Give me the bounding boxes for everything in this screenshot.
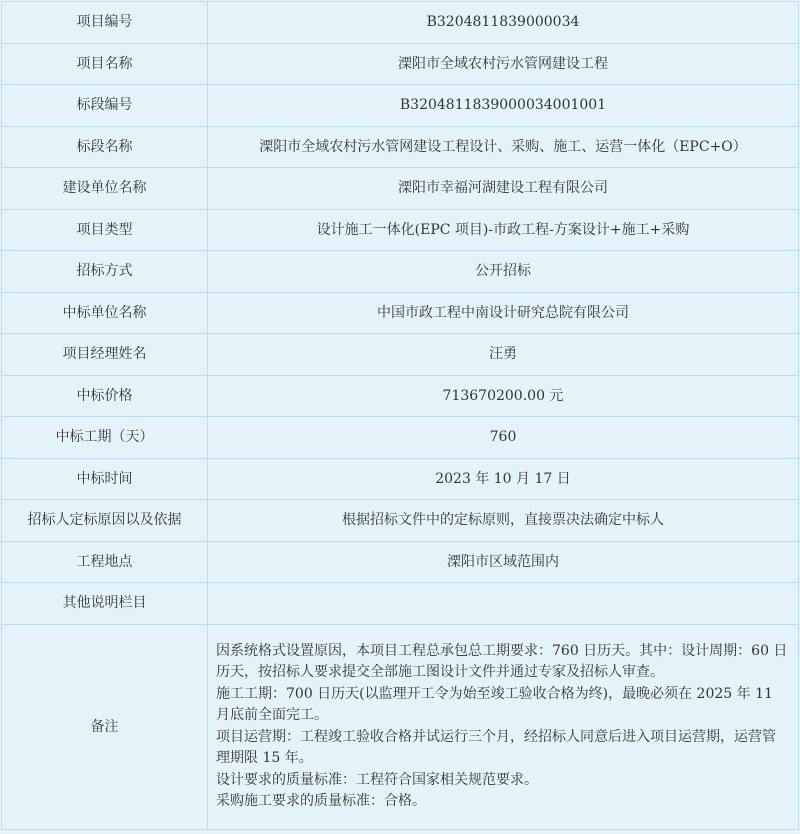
value-other-notes [208, 583, 799, 625]
value-tender-method: 公开招标 [208, 251, 799, 293]
row-section-number: 标段编号 B3204811839000034001001 [2, 85, 799, 127]
value-project-name: 溧阳市全域农村污水管网建设工程 [208, 43, 799, 85]
label-project-name: 项目名称 [2, 43, 208, 85]
value-project-location: 溧阳市区域范围内 [208, 541, 799, 583]
value-winning-price: 713670200.00 元 [208, 375, 799, 417]
row-project-location: 工程地点 溧阳市区域范围内 [2, 541, 799, 583]
value-section-name: 溧阳市全域农村污水管网建设工程设计、采购、施工、运营一体化（EPC+O） [208, 126, 799, 168]
bid-result-table: 项目编号 B3204811839000034 项目名称 溧阳市全域农村污水管网建… [1, 1, 799, 830]
value-project-manager: 汪勇 [208, 334, 799, 376]
label-remarks: 备注 [2, 624, 208, 829]
value-winning-bidder: 中国市政工程中南设计研究总院有限公司 [208, 292, 799, 334]
row-project-name: 项目名称 溧阳市全域农村污水管网建设工程 [2, 43, 799, 85]
row-remarks: 备注 因系统格式设置原因，本项目工程总承包总工期要求：760 日历天。其中：设计… [2, 624, 799, 829]
remarks-line-total-duration: 因系统格式设置原因，本项目工程总承包总工期要求：760 日历天。其中：设计周期：… [216, 641, 788, 684]
value-duration-days: 760 [208, 417, 799, 459]
row-owner-unit: 建设单位名称 溧阳市幸福河湖建设工程有限公司 [2, 168, 799, 210]
row-award-date: 中标时间 2023 年 10 月 17 日 [2, 458, 799, 500]
row-winning-price: 中标价格 713670200.00 元 [2, 375, 799, 417]
remarks-line-procurement-quality: 采购施工要求的质量标准：合格。 [216, 791, 788, 813]
value-project-number: B3204811839000034 [208, 2, 799, 44]
value-award-basis: 根据招标文件中的定标原则，直接票决法确定中标人 [208, 500, 799, 542]
label-duration-days: 中标工期（天） [2, 417, 208, 459]
row-other-notes: 其他说明栏目 [2, 583, 799, 625]
row-tender-method: 招标方式 公开招标 [2, 251, 799, 293]
value-award-date: 2023 年 10 月 17 日 [208, 458, 799, 500]
value-project-type: 设计施工一体化(EPC 项目)-市政工程-方案设计+施工+采购 [208, 209, 799, 251]
label-project-manager: 项目经理姓名 [2, 334, 208, 376]
label-owner-unit: 建设单位名称 [2, 168, 208, 210]
label-section-number: 标段编号 [2, 85, 208, 127]
remarks-line-operation-period: 项目运营期：工程竣工验收合格并试运行三个月，经招标人同意后进入项目运营期，运营管… [216, 727, 788, 770]
label-winning-bidder: 中标单位名称 [2, 292, 208, 334]
label-project-location: 工程地点 [2, 541, 208, 583]
remarks-line-construction-period: 施工工期：700 日历天(以监理开工令为始至竣工验收合格为终)，最晚必须在 20… [216, 684, 788, 727]
value-section-number: B3204811839000034001001 [208, 85, 799, 127]
value-remarks: 因系统格式设置原因，本项目工程总承包总工期要求：760 日历天。其中：设计周期：… [208, 624, 799, 829]
label-winning-price: 中标价格 [2, 375, 208, 417]
row-winning-bidder: 中标单位名称 中国市政工程中南设计研究总院有限公司 [2, 292, 799, 334]
label-section-name: 标段名称 [2, 126, 208, 168]
label-award-basis: 招标人定标原因以及依据 [2, 500, 208, 542]
value-owner-unit: 溧阳市幸福河湖建设工程有限公司 [208, 168, 799, 210]
label-project-type: 项目类型 [2, 209, 208, 251]
label-other-notes: 其他说明栏目 [2, 583, 208, 625]
row-project-number: 项目编号 B3204811839000034 [2, 2, 799, 44]
label-award-date: 中标时间 [2, 458, 208, 500]
row-duration-days: 中标工期（天） 760 [2, 417, 799, 459]
row-project-manager: 项目经理姓名 汪勇 [2, 334, 799, 376]
row-section-name: 标段名称 溧阳市全域农村污水管网建设工程设计、采购、施工、运营一体化（EPC+O… [2, 126, 799, 168]
row-award-basis: 招标人定标原因以及依据 根据招标文件中的定标原则，直接票决法确定中标人 [2, 500, 799, 542]
remarks-line-design-quality: 设计要求的质量标准：工程符合国家相关规范要求。 [216, 770, 788, 792]
label-project-number: 项目编号 [2, 2, 208, 44]
row-project-type: 项目类型 设计施工一体化(EPC 项目)-市政工程-方案设计+施工+采购 [2, 209, 799, 251]
label-tender-method: 招标方式 [2, 251, 208, 293]
